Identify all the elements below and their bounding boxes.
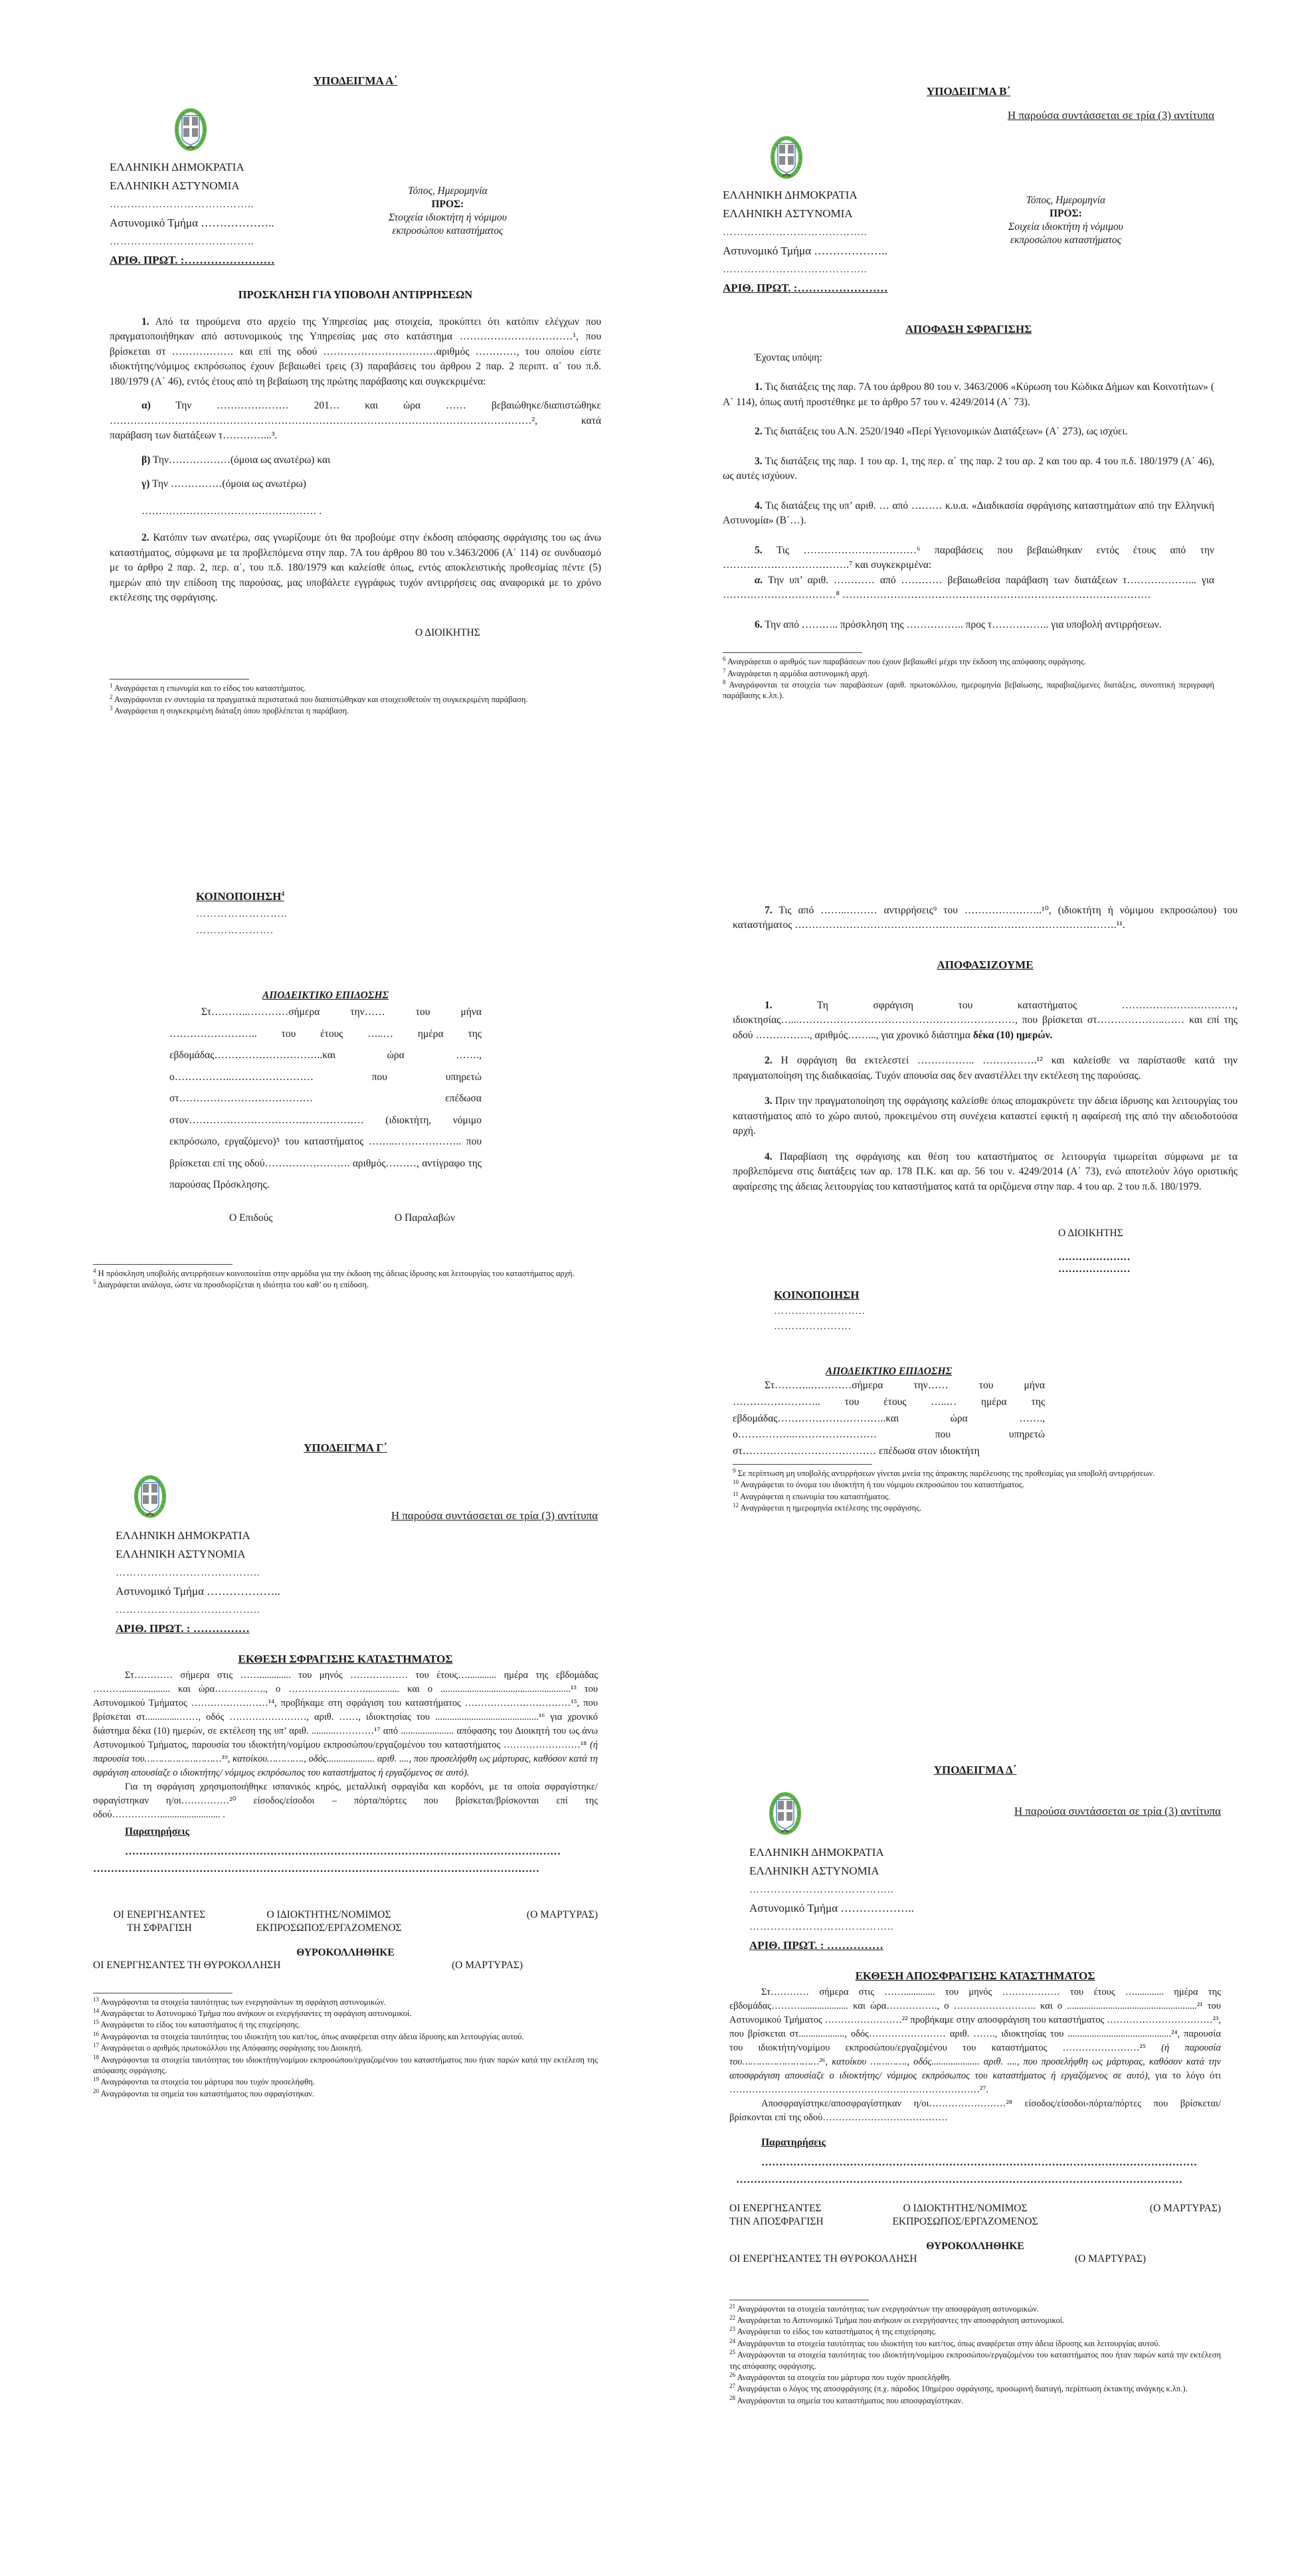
footnote: 21 Αναγράφονται τα στοιχεία ταυτότητας τ… <box>729 2303 1221 2314</box>
model-b-page-2: 7. Τις από ……..……… αντιρρήσεις⁹ του …………… <box>733 903 1238 1514</box>
dots-line: ………………………………….. <box>116 1564 598 1582</box>
police-dept-field: Αστυνομικό Τμήμα ……………….. <box>110 214 601 232</box>
dots-line: ………………………………….. <box>723 260 1214 279</box>
decision-item: 1. Τη σφράγιση του καταστήματος ……………………… <box>733 998 1238 1043</box>
model-c-page: ΥΠΟΔΕΙΓΜΑ Γ΄ Η παρούσα συντάσσεται σε τρ… <box>93 1441 598 2099</box>
to-label: ΠΡΟΣ: <box>389 198 507 211</box>
footnote: 8 Αναγράφονται τα στοιχεία των παραβάσεω… <box>723 679 1214 701</box>
considering-item: 3. Τις διατάξεις της παρ. 1 του αρ. 1, τ… <box>723 454 1214 484</box>
footnote: 6 Αναγράφεται ο αριθμός των παραβάσεων π… <box>723 656 1214 667</box>
footnote: 24 Αναγράφονται τα στοιχεία ταυτότητας τ… <box>729 2338 1221 2349</box>
remarks-line: …………………………………………………………………………………………………………… <box>93 1863 598 1875</box>
posted-witness: (Ο ΜΑΡΤΥΡΑΣ) <box>1075 2253 1146 2266</box>
footnote: 7 Αναγράφεται η αρμόδια αστυνομική αρχή. <box>723 668 1214 679</box>
report-body: Στ………… σήμερα στις ……............. του μ… <box>729 1985 1221 2097</box>
republic-label: ΕΛΛΗΝΙΚΗ ΔΗΜΟΚΡΑΤΙΑ <box>116 1526 598 1545</box>
police-label: ΕΛΛΗΝΙΚΗ ΑΣΤΥΝΟΜΙΑ <box>723 205 1214 223</box>
recipient-line: Στοιχεία ιδιοκτήτη ή νόμιμου <box>389 211 507 225</box>
notification-title: ΚΟΙΝΟΠΟΙΗΣΗ <box>774 1289 1238 1302</box>
decision-item: 2. Η σφράγιση θα εκτελεστεί …………….. …………… <box>733 1054 1238 1083</box>
place-date: Τόπος, Ημερομηνία <box>389 185 507 198</box>
footnotes-b: 6 Αναγράφεται ο αριθμός των παραβάσεων π… <box>723 652 1214 701</box>
item-c: γ) Την ……………(όμοια ως ανωτέρω) <box>110 477 601 492</box>
footnote-divider <box>93 1993 232 1993</box>
model-b-heading: ΑΠΟΦΑΣΗ ΣΦΡΑΓΙΣΗΣ <box>723 323 1214 336</box>
remarks-line: …………………………………………………………………………………………………………… <box>736 2174 1221 2186</box>
greek-emblem-icon <box>134 1475 166 1518</box>
recipient-line: εκπροσώπου καταστήματος <box>389 225 507 238</box>
dots-line: ………………………………….. <box>723 223 1214 242</box>
footnote: 22 Αναγράφεται το Αστυνομικό Τμήμα που α… <box>729 2314 1221 2326</box>
sig-actors: ΤΗ ΣΦΡΑΓΙΣΗ <box>93 1922 226 1935</box>
footnote: 18 Αναγράφονται τα στοιχεία ταυτότητας τ… <box>93 2054 598 2076</box>
item-7: 7. Τις από ……..……… αντιρρήσεις⁹ του …………… <box>733 903 1238 933</box>
police-label: ΕΛΛΗΝΙΚΗ ΑΣΤΥΝΟΜΙΑ <box>110 177 601 195</box>
model-b-page: ΥΠΟΔΕΙΓΜΑ Β΄ Η παρούσα συντάσσεται σε τρ… <box>723 85 1214 701</box>
protocol-number: ΑΡΙΘ. ΠΡΩΤ. : …………… <box>749 1936 883 1955</box>
commander-label: Ο ΔΙΟΙΚΗΤΗΣ <box>415 627 601 639</box>
model-d-title: ΥΠΟΔΕΙΓΜΑ Δ΄ <box>729 1764 1221 1777</box>
footnote: 16 Αναγράφονται τα στοιχεία ταυτότητας τ… <box>93 2031 598 2042</box>
sig-owner: ΕΚΠΡΟΣΩΠΟΣ/ΕΡΓΑΖΟΜΕΝΟΣ <box>862 2215 1068 2229</box>
sig-owner: Ο ΙΔΙΟΚΤΗΤΗΣ/ΝΟΜΙΜΟΣ <box>862 2202 1068 2215</box>
considering-item: 6. Την από ……….. πρόσκληση της …………….. π… <box>723 618 1214 632</box>
protocol-number: ΑΡΙΘ. ΠΡΩΤ. :…………………… <box>723 279 887 298</box>
posted-actors: ΟΙ ΕΝΕΡΓΗΣΑΝΤΕΣ ΤΗ ΘΥΡΟΚΟΛΛΗΣΗ <box>729 2253 1075 2266</box>
footnote: 26 Αναγράφονται τα στοιχεία του μάρτυρα … <box>729 2371 1221 2383</box>
footnotes-a2: 4 Η πρόσκληση υποβολής αντιρρήσεων κοινο… <box>93 1264 598 1291</box>
receipt-title: ΑΠΟΔΕΙΚΤΙΚΟ ΕΠΙΔΟΣΗΣ <box>733 1366 1045 1378</box>
footnote: 25 Αναγράφονται τα στοιχεία ταυτότητας τ… <box>729 2349 1221 2371</box>
dots-line: ………………………………….. <box>110 195 601 214</box>
dots-line: ………………………………….. <box>116 1601 598 1619</box>
greek-emblem-icon <box>175 108 207 151</box>
model-a-page: ΥΠΟΔΕΙΓΜΑ Α΄ ΕΛΛΗΝΙΚΗ ΔΗΜΟΚΡΑΤΙΑ ΕΛΛΗΝΙΚ… <box>110 74 601 717</box>
recipient-block: Τόπος, Ημερομηνία ΠΡΟΣ: Σοιχεία ιδιοκτήτ… <box>1008 194 1123 248</box>
footnote: 28 Αναγράφονται τα σημεία του καταστήματ… <box>729 2395 1221 2406</box>
sig-actors: ΤΗΝ ΑΠΟΣΦΡΑΓΙΣΗ <box>729 2215 862 2229</box>
model-b-title: ΥΠΟΔΕΙΓΜΑ Β΄ <box>723 85 1214 98</box>
model-c-title: ΥΠΟΔΕΙΓΜΑ Γ΄ <box>93 1441 598 1455</box>
posted-witness: (Ο ΜΑΡΤΥΡΑΣ) <box>452 1959 523 1972</box>
item-a: α) Την ………………… 201… και ώρα …… βεβαιώθηκ… <box>110 399 601 443</box>
footnote: 19 Αναγράφονται τα στοιχεία του μάρτυρα … <box>93 2076 598 2087</box>
footnote: 3 Αναγράφεται η συγκεκριμένη διάταξη όπο… <box>110 705 601 716</box>
signature-dots: ………………… <box>1058 1263 1238 1275</box>
footnote: 14 Αναγράφεται το Αστυνομικό Τμήμα που α… <box>93 2007 598 2019</box>
footnote: 5 Διαγράφεται ανάλογα, ώστε να προσδιορί… <box>93 1279 598 1290</box>
model-a-page-2: ΚΟΙΝΟΠΟΙΗΣΗ4 …………………….. …………………. ΑΠΟΔΕΙΚ… <box>93 890 598 1291</box>
considering-item: 5. Τις ……………………………⁶ παραβάσεις που βεβαι… <box>723 543 1214 573</box>
protocol-number: ΑΡΙΘ. ΠΡΩΤ. : …………… <box>116 1619 250 1638</box>
considering-item: 2. Τις διατάξεις του Α.Ν. 2520/1940 «Περ… <box>723 424 1214 439</box>
greek-emblem-icon <box>769 1792 801 1835</box>
footnote: 13 Αναγράφονται τα στοιχεία ταυτότητας τ… <box>93 1996 598 2007</box>
footnotes-b2: 9 Σε περίπτωση μη υποβολής αντιρρήσεων γ… <box>733 1464 1238 1514</box>
footnote: 10 Αναγράφεται το όνομα του ιδιοκτήτη ή … <box>733 1479 1238 1490</box>
decide-heading: ΑΠΟΦΑΣΙΖΟΥΜΕ <box>733 959 1238 972</box>
receipt-text: Στ………..…………σήμερα την…… του μήνα …………………… <box>733 1378 1045 1460</box>
sig-witness: (Ο ΜΑΡΤΥΡΑΣ) <box>1068 2202 1221 2229</box>
notification-line: …………………….. <box>196 909 598 920</box>
considering-item: 4. Τις διατάξεις της υπ’ αριθ. … από ………… <box>723 499 1214 529</box>
model-a-title: ΥΠΟΔΕΙΓΜΑ Α΄ <box>110 74 601 88</box>
decision-item: 4. Παραβίαση της σφράγισης και θέση του … <box>733 1150 1238 1194</box>
considering-subitem: α. Την υπ’ αριθ. ………… από ………… βεβαιωθεί… <box>723 573 1214 603</box>
republic-label: ΕΛΛΗΝΙΚΗ ΔΗΜΟΚΡΑΤΙΑ <box>723 186 1214 205</box>
paragraph-2: 2. Κατόπιν των ανωτέρω, σας γνωρίζουμε ό… <box>110 531 601 605</box>
commander-label: Ο ΔΙΟΙΚΗΤΗΣ <box>1058 1228 1238 1240</box>
dots-line: ………………………………….. <box>749 1881 1221 1899</box>
footnote: 12 Αναγράφεται η ημερομηνία εκτέλεσης τη… <box>733 1502 1238 1513</box>
report-body-2: Για τη σφράγιση χρησιμοποιήθηκε ισπανικό… <box>93 1780 598 1822</box>
posted-heading: ΘΥΡΟΚΟΛΛΗΘΗΚΕ <box>93 1947 598 1959</box>
recipient-block: Τόπος, Ημερομηνία ΠΡΟΣ: Στοιχεία ιδιοκτή… <box>389 185 507 238</box>
considering-label: Έχοντας υπόψη: <box>723 351 1214 365</box>
notification-line: …………………. <box>774 1321 1238 1333</box>
remarks-title: Παρατηρήσεις <box>761 2137 1221 2149</box>
footnote: 20 Αναγράφονται τα σημεία του καταστήματ… <box>93 2088 598 2099</box>
sig-witness: (Ο ΜΑΡΤΥΡΑΣ) <box>432 1908 598 1935</box>
recipient-line: Σοιχεία ιδιοκτήτη ή νόμιμου <box>1008 221 1123 234</box>
paragraph-1: 1. Από τα τηρούμενα στο αρχείο της Υπηρε… <box>110 315 601 389</box>
sig-owner: Ο ΙΔΙΟΚΤΗΤΗΣ/ΝΟΜΙΜΟΣ <box>226 1908 432 1922</box>
remarks-title: Παρατηρήσεις <box>125 1826 598 1838</box>
recipient-line: εκπροσώπου καταστήματος <box>1008 234 1123 247</box>
police-label: ΕΛΛΗΝΙΚΗ ΑΣΤΥΝΟΜΙΑ <box>116 1545 598 1564</box>
republic-label: ΕΛΛΗΝΙΚΗ ΔΗΜΟΚΡΑΤΙΑ <box>110 158 601 177</box>
copies-note: Η παρούσα συντάσσεται σε τρία (3) αντίτυ… <box>1014 1805 1221 1818</box>
posted-actors: ΟΙ ΕΝΕΡΓΗΣΑΝΤΕΣ ΤΗ ΘΥΡΟΚΟΛΛΗΣΗ <box>93 1959 452 1972</box>
footnote-divider <box>93 1264 232 1265</box>
remarks-line: …………………………………………………………………………………………………………… <box>761 2157 1221 2169</box>
decision-item: 3. Πριν την πραγματοποίηση της σφράγισης… <box>733 1094 1238 1139</box>
footnote: 1 Αναγράφεται η επωνυμία και το είδος το… <box>110 682 601 693</box>
posted-heading: ΘΥΡΟΚΟΛΛΗΘΗΚΕ <box>729 2241 1221 2253</box>
dots-line: ………………………………….. <box>749 1918 1221 1936</box>
model-a-heading: ΠΡΟΣΚΛΗΣΗ ΓΙΑ ΥΠΟΒΟΛΗ ΑΝΤΙΡΡΗΣΕΩΝ <box>110 288 601 302</box>
place-date: Τόπος, Ημερομηνία <box>1008 194 1123 207</box>
police-dept-field: Αστυνομικό Τμήμα ……………….. <box>116 1582 598 1601</box>
sig-actors: ΟΙ ΕΝΕΡΓΗΣΑΝΤΕΣ <box>729 2202 862 2215</box>
remarks-line: …………………………………………………………………………………………………………… <box>125 1846 598 1858</box>
model-d-heading: ΕΚΘΕΣΗ ΑΠΟΣΦΡΑΓΙΣΗΣ ΚΑΤΑΣΤΗΜΑΤΟΣ <box>729 1970 1221 1983</box>
footnote: 9 Σε περίπτωση μη υποβολής αντιρρήσεων γ… <box>733 1467 1238 1479</box>
sig-actors: ΟΙ ΕΝΕΡΓΗΣΑΝΤΕΣ <box>93 1908 226 1922</box>
footnotes-a: 1 Αναγράφεται η επωνυμία και το είδος το… <box>110 679 601 717</box>
footnote: 27 Αναγράφεται ο λόγος της αποσφράγισης … <box>729 2383 1221 2394</box>
notification-title: ΚΟΙΝΟΠΟΙΗΣΗ4 <box>196 890 598 903</box>
footnote-divider <box>723 652 862 653</box>
item-b: β) Την………………(όμοια ως ανωτέρω) και <box>110 453 601 468</box>
notification-line: …………………….. <box>774 1306 1238 1317</box>
footnote-divider <box>729 2300 869 2300</box>
police-label: ΕΛΛΗΝΙΚΗ ΑΣΤΥΝΟΜΙΑ <box>749 1862 1221 1881</box>
footnote: 23 Αναγράφεται το είδος του καταστήματος… <box>729 2326 1221 2337</box>
footnotes-d: 21 Αναγράφονται τα στοιχεία ταυτότητας τ… <box>729 2300 1221 2407</box>
copies-note: Η παρούσα συντάσσεται σε τρία (3) αντίτυ… <box>391 1509 598 1522</box>
dots-line: ………………………………….. <box>110 232 601 251</box>
footnote: 2 Αναγράφονται εν συντομία τα πραγματικά… <box>110 693 601 705</box>
notification-line: …………………. <box>196 925 598 937</box>
footnote-divider <box>110 679 249 680</box>
report-body: Στ………… σήμερα στις ……............. του μ… <box>93 1669 598 1780</box>
receiver-label: Ο Παραλαβών <box>395 1212 455 1224</box>
footnote: 4 Η πρόσκληση υποβολής αντιρρήσεων κοινο… <box>93 1267 598 1279</box>
signature-dots: ………………… <box>1058 1251 1238 1263</box>
receipt-text: Στ………..…………σήμερα την…… του μήνα …………………… <box>169 1002 482 1196</box>
item-dots: …………………………………………… . <box>110 504 601 519</box>
server-label: Ο Επιδούς <box>229 1212 272 1224</box>
footnote: 11 Αναγράφεται η επωνυμία του καταστήματ… <box>733 1491 1238 1502</box>
to-label: ΠΡΟΣ: <box>1008 207 1123 221</box>
protocol-number: ΑΡΙΘ. ΠΡΩΤ. :…………………… <box>110 251 274 270</box>
copies-note: Η παρούσα συντάσσεται σε τρία (3) αντίτυ… <box>723 109 1214 122</box>
footnote-divider <box>733 1464 872 1465</box>
police-dept-field: Αστυνομικό Τμήμα ……………….. <box>749 1899 1221 1918</box>
considering-item: 1. Τις διατάξεις της παρ. 7Α του άρθρου … <box>723 380 1214 410</box>
model-c-heading: ΕΚΘΕΣΗ ΣΦΡΑΓΙΣΗΣ ΚΑΤΑΣΤΗΜΑΤΟΣ <box>93 1653 598 1666</box>
footnotes-c: 13 Αναγράφονται τα στοιχεία ταυτότητας τ… <box>93 1993 598 2100</box>
model-d-page: ΥΠΟΔΕΙΓΜΑ Δ΄ Η παρούσα συντάσσεται σε τρ… <box>729 1764 1221 2406</box>
republic-label: ΕΛΛΗΝΙΚΗ ΔΗΜΟΚΡΑΤΙΑ <box>749 1843 1221 1862</box>
greek-emblem-icon <box>771 136 802 179</box>
footnote: 15 Αναγράφεται το είδος του καταστήματος… <box>93 2019 598 2030</box>
footnote: 17 Αναγράφεται ο αριθμός πρωτοκόλλου της… <box>93 2042 598 2053</box>
sig-owner: ΕΚΠΡΟΣΩΠΟΣ/ΕΡΓΑΖΟΜΕΝΟΣ <box>226 1922 432 1935</box>
police-dept-field: Αστυνομικό Τμήμα ……………….. <box>723 242 1214 260</box>
receipt-title: ΑΠΟΔΕΙΚΤΙΚΟ ΕΠΙΔΟΣΗΣ <box>169 990 482 1002</box>
report-body-2: Αποσφραγίστηκε/αποσφραγίστηκαν η/οι……………… <box>729 2097 1221 2125</box>
